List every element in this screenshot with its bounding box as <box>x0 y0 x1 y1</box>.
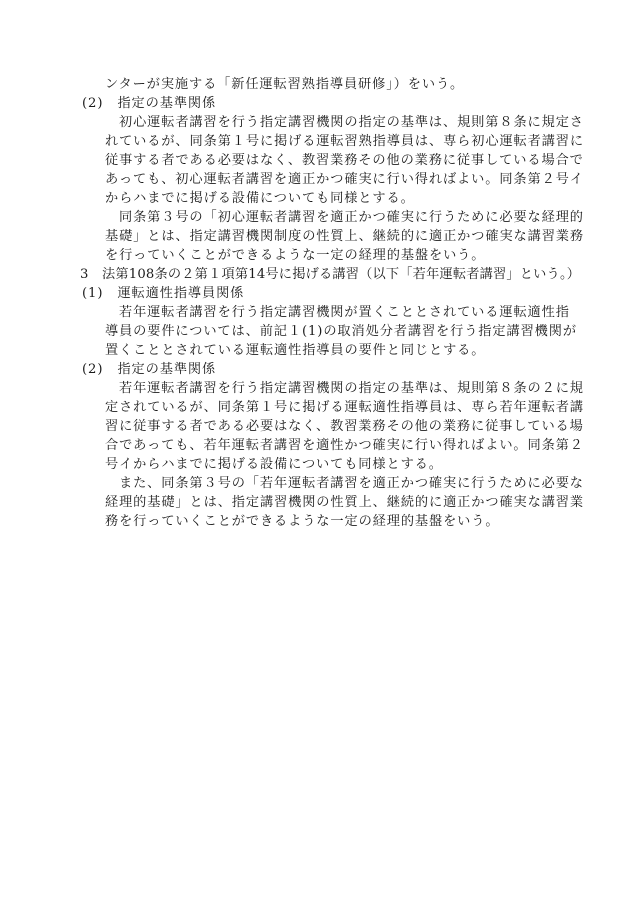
section-heading-3: 3 法第108条の２第１項第14号に掲げる講習（以下「若年運転者講習」という。） <box>80 266 580 284</box>
text-line: からハまでに掲げる設備についても同様とする。 <box>105 190 415 208</box>
text-line: 導員の要件については、前記１(1)の取消処分者講習を行う指定講習機関が <box>105 323 577 341</box>
text-line: 従事する者である必要はなく、教習業務その他の業務に従事している場合で <box>105 152 584 170</box>
document-page: ンターが実施する「新任運転習熟指導員研修」）をいう。 (2) 指定の基準関係 初… <box>0 0 630 903</box>
text-line: 置くこととされている運転適性指導員の要件と同じとする。 <box>105 342 485 360</box>
text-line: 基礎」とは、指定講習機関制度の性質上、継続的に適正かつ確実な講習業務 <box>105 228 584 246</box>
section-heading-2: (2) 指定の基準関係 <box>82 95 216 113</box>
text-line: 号イからハまでに掲げる設備についても同様とする。 <box>105 456 443 474</box>
text-line: 合であっても、若年運転者講習を適性かつ確実に行い得ればよい。同条第２ <box>105 437 584 455</box>
text-line: また、同条第３号の「若年運転者講習を適正かつ確実に行うために必要な <box>119 475 584 493</box>
text-line: 経理的基礎」とは、指定講習機関の性質上、継続的に適正かつ確実な講習業 <box>105 494 584 512</box>
text-line: 務を行っていくことができるような一定の経理的基盤をいう。 <box>105 513 499 531</box>
text-line: 同条第３号の「初心運転者講習を適正かつ確実に行うために必要な経理的 <box>119 209 584 227</box>
text-line: 若年運転者講習を行う指定講習機関の指定の基準は、規則第８条の２に規 <box>119 380 584 398</box>
text-line: 若年運転者講習を行う指定講習機関が置くこととされている運転適性指 <box>119 304 570 322</box>
text-line: れているが、同条第１号に掲げる運転習熟指導員は、専ら初心運転者講習に <box>105 133 584 151</box>
text-line: 習に従事する者である必要はなく、教習業務その他の業務に従事している場 <box>105 418 584 436</box>
text-line: を行っていくことができるような一定の経理的基盤をいう。 <box>105 247 485 265</box>
text-line: あっても、初心運転者講習を適正かつ確実に行い得ればよい。同条第２号イ <box>105 171 584 189</box>
text-line: 初心運転者講習を行う指定講習機関の指定の基準は、規則第８条に規定さ <box>119 114 584 132</box>
subsection-heading-1: (1) 運転適性指導員関係 <box>82 285 244 303</box>
subsection-heading-2: (2) 指定の基準関係 <box>82 361 216 379</box>
text-line: ンターが実施する「新任運転習熟指導員研修」）をいう。 <box>105 76 464 94</box>
text-line: 定されているが、同条第１号に掲げる運転適性指導員は、専ら若年運転者講 <box>105 399 584 417</box>
